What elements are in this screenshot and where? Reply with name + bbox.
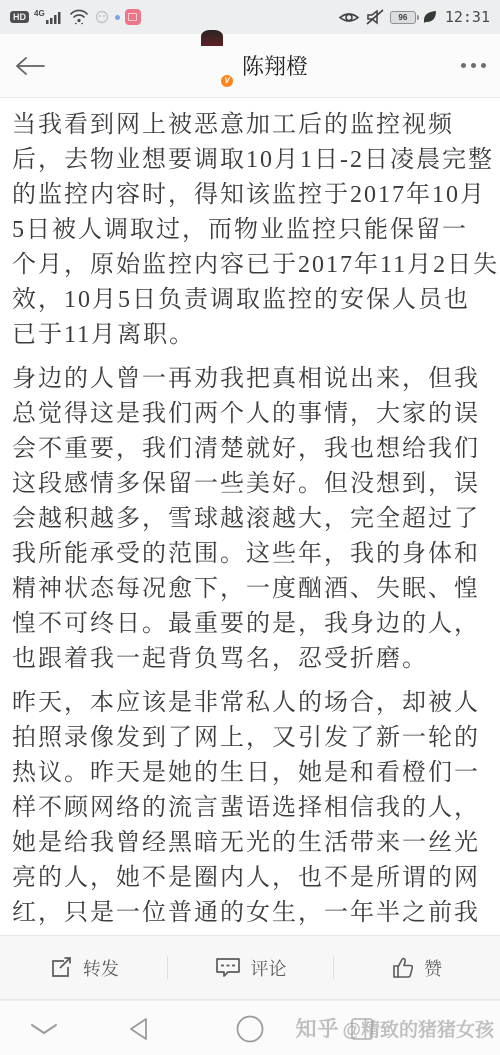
repost-label: 转发 <box>83 955 119 981</box>
nav-back-button[interactable] <box>118 1001 158 1055</box>
letter-paragraph-3: 昨天，本应该是非常私人的场合，却被人 拍照录像发到了网上，又引发了新一轮的 热议… <box>12 686 488 931</box>
status-bar-left: HD 4G <box>10 9 141 25</box>
wifi-icon <box>69 9 89 25</box>
dot-icon <box>471 63 476 68</box>
like-label: 赞 <box>424 955 442 981</box>
comment-button[interactable]: 评论 <box>167 936 334 999</box>
like-button[interactable]: 赞 <box>333 936 500 999</box>
verified-badge-icon: V <box>220 74 234 88</box>
like-thumb-icon <box>391 956 415 980</box>
letter-paragraph-1: 当我看到网上被恶意加工后的监控视频 后，去物业想要调取10月1日-2日凌晨完整 … <box>12 108 488 353</box>
eye-comfort-icon <box>338 10 360 25</box>
letter-paragraph-2: 身边的人曾一再劝我把真相说出来，但我 总觉得这是我们两个人的事情，大家的误 会不… <box>12 362 488 677</box>
comment-icon <box>214 956 242 980</box>
phone-screen: HD 4G <box>0 0 500 1055</box>
power-saving-leaf-icon <box>421 9 438 25</box>
back-triangle-icon <box>126 1016 150 1042</box>
action-toolbar: 转发 评论 赞 <box>0 935 500 1000</box>
mute-icon <box>365 9 385 25</box>
watermark: 知乎 @精致的猪猪女孩 <box>295 1013 494 1043</box>
status-bar-right: 96 12:31 <box>338 8 490 26</box>
watermark-site-logo: 知乎 <box>295 1013 339 1043</box>
more-options-button[interactable] <box>442 63 486 68</box>
post-letter-image[interactable]: 当我看到网上被恶意加工后的监控视频 后，去物业想要调取10月1日-2日凌晨完整 … <box>0 98 500 935</box>
user-name[interactable]: 陈翔橙 <box>242 50 308 81</box>
faint-status-icon <box>94 9 110 25</box>
network-type-label: 4G <box>34 9 45 18</box>
dot-icon <box>461 63 466 68</box>
dot-icon <box>481 63 486 68</box>
signal-bars-icon <box>46 10 64 24</box>
chevron-down-icon <box>30 1023 58 1035</box>
hd-badge: HD <box>10 11 29 23</box>
header-user[interactable]: V 陈翔橙 <box>58 46 442 86</box>
recents-square-icon <box>349 1016 375 1042</box>
back-arrow-icon <box>14 55 46 77</box>
nav-home-button[interactable] <box>230 1001 270 1055</box>
signal-strength-icon: 4G <box>34 10 64 24</box>
notification-dot <box>115 15 120 20</box>
repost-button[interactable]: 转发 <box>0 936 167 999</box>
battery-icon: 96 <box>390 11 416 24</box>
comment-label: 评论 <box>251 955 287 981</box>
avatar[interactable]: V <box>192 46 232 86</box>
nav-recents-button[interactable] <box>342 1001 382 1055</box>
home-circle-icon <box>235 1014 265 1044</box>
battery-percent: 96 <box>398 13 407 22</box>
notification-app-icon <box>125 9 141 25</box>
navigation-bar: 知乎 @精致的猪猪女孩 <box>0 1000 500 1055</box>
hide-navbar-button[interactable] <box>24 1001 64 1055</box>
status-bar: HD 4G <box>0 0 500 34</box>
repost-icon <box>48 956 74 980</box>
post-header: V 陈翔橙 <box>0 34 500 98</box>
back-button[interactable] <box>14 55 58 77</box>
clock-time: 12:31 <box>445 8 490 26</box>
